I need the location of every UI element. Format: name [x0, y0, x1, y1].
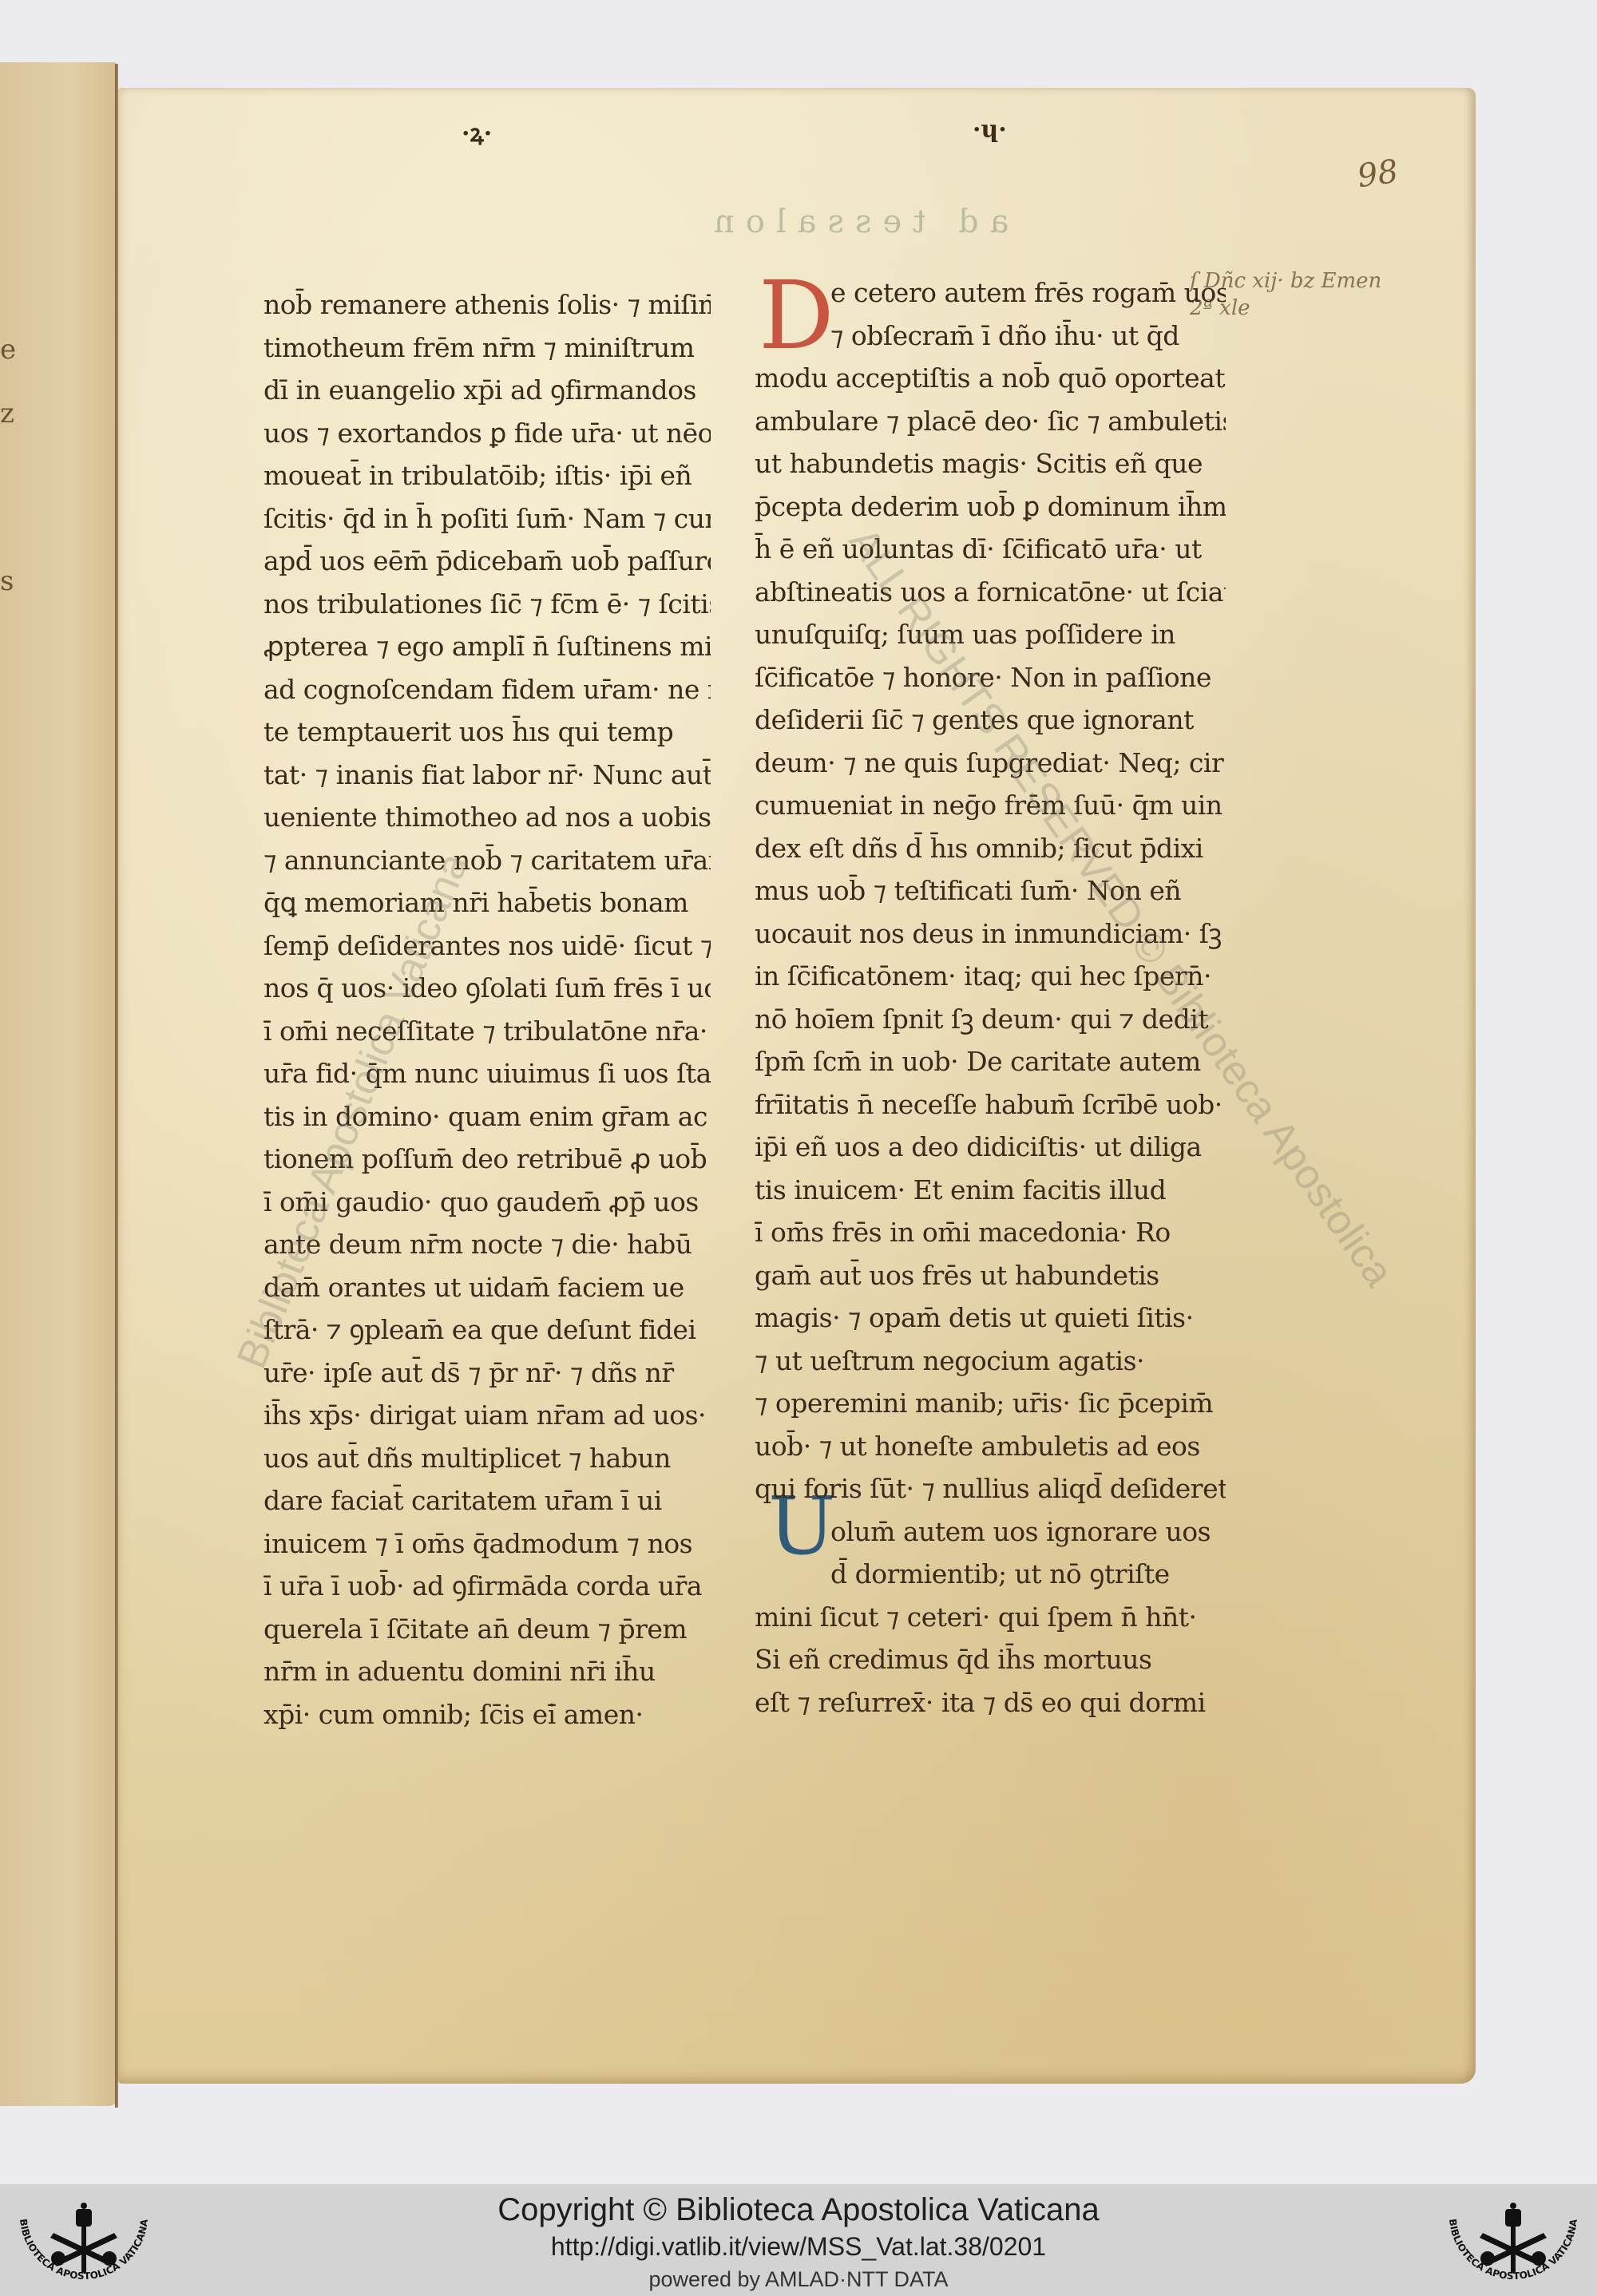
- manuscript-line: ⁊ annunciante nob̄ ⁊ caritatem ur̄am·: [264, 839, 711, 882]
- manuscript-line: inuicem ⁊ ī om̄s q̄admodum ⁊ nos: [264, 1522, 711, 1566]
- manuscript-line: ur̄e· ipſe aut̄ ds̄ ⁊ p̄r nr̄· ⁊ dñs nr̄: [264, 1352, 711, 1395]
- manuscript-line: ip̄i eñ uos a deo didiciſtis· ut diliga: [755, 1126, 1226, 1169]
- manuscript-line: d̄ dormientib; ut nō ꝯtriſte: [755, 1553, 1226, 1596]
- manuscript-line: dī in euangelio xp̄i ad ꝯfirmandos: [264, 369, 711, 412]
- manuscript-line: uos ⁊ exortandos ꝑ fide ur̄a· ut nēo: [264, 412, 711, 455]
- manuscript-line: Si eñ credimus q̄d ih̄s mortuus: [755, 1638, 1226, 1681]
- manuscript-line: q̄ꝗ memoriam nr̄i hab̄etis bonam: [264, 881, 711, 924]
- manuscript-line: h̄ ē eñ uoluntas dī· ſc̄ificatō ur̄a· ut: [755, 528, 1226, 571]
- manuscript-line: ut habundetis magis· Scitis eñ que: [755, 442, 1226, 485]
- manuscript-line: ad cognoſcendam fidem ur̄am· ne for: [264, 668, 711, 711]
- previous-page-text-fragment: s: [0, 565, 14, 597]
- manuscript-url[interactable]: http://digi.vatlib.it/view/MSS_Vat.lat.3…: [0, 2232, 1597, 2262]
- manuscript-line: dare faciat̄ caritatem ur̄am ī ui: [264, 1479, 711, 1522]
- manuscript-line: ambulare ⁊ placē deo· ſic ⁊ ambuletis: [755, 400, 1226, 443]
- manuscript-line: nos tribulationes ſic̄ ⁊ fc̄m ē· ⁊ ſciti…: [264, 583, 711, 626]
- manuscript-line: nō hoīem ſpnit ſꝫ deum· qui ⁊ dedit: [755, 998, 1226, 1041]
- manuscript-line: ſtrā· ⁊ ꝯpleam̄ ea que deſunt fidei: [264, 1308, 711, 1352]
- manuscript-line: tis inuicem· Et enim facitis illud: [755, 1169, 1226, 1212]
- manuscript-line: cumueniat in neḡo frēm ſuū· q̄m uin: [755, 784, 1226, 827]
- manuscript-line: querela ī ſc̄itate an̄ deum ⁊ p̄rem: [264, 1608, 711, 1651]
- powered-by-text: powered by AMLAD·NTT DATA: [0, 2267, 1597, 2292]
- manuscript-line: uob̄· ⁊ ut honeſte ambuletis ad eos: [755, 1425, 1226, 1468]
- manuscript-line: eſt ⁊ reſurrex̄· ita ⁊ ds̄ eo qui dormi: [755, 1681, 1226, 1724]
- manuscript-line: e cetero autem frēs rogam̄ uos: [755, 271, 1226, 315]
- text-column-left: nob̄ remanere athenis ſolis· ⁊ miſim̄tim…: [264, 283, 711, 1736]
- folio-number: 98: [1355, 153, 1401, 196]
- manuscript-line: ſemp̄ deſiderantes nos uidē· ſicut ⁊: [264, 924, 711, 968]
- manuscript-line: ī om̄s frēs in om̄i macedonia· Ro: [755, 1211, 1226, 1254]
- manuscript-line: ſpm̄ ſcm̄ in uob· De caritate autem: [755, 1040, 1226, 1083]
- manuscript-line: te temptauerit uos h̄ıs qui temp: [264, 711, 711, 754]
- running-head-showthrough: ad tessalon: [703, 204, 1009, 240]
- manuscript-line: xp̄i· cum omnib; ſc̄is ei̇̄ amen·: [264, 1693, 711, 1736]
- manuscript-line: qui foris ſūt· ⁊ nullius aliqd̄ deſidere…: [755, 1467, 1226, 1510]
- manuscript-line: moueat̄ in tribulatōib; iſtis· ip̄i eñ: [264, 454, 711, 497]
- manuscript-line: ꝓpterea ⁊ ego ampli̇̄ n̄ ſuſtinens miſi: [264, 625, 711, 668]
- manuscript-line: mini ſicut ⁊ ceteri· qui ſpem n̄ hn̄t·: [755, 1596, 1226, 1639]
- manuscript-line: ur̄a fid· q̄m nunc uiuimus ſi uos ſta: [264, 1052, 711, 1095]
- manuscript-line: mus uob̄ ⁊ teſtificati ſum̄· Non eñ: [755, 869, 1226, 912]
- manuscript-line: abſtineatis uos a fornicatōne· ut ſciat: [755, 571, 1226, 614]
- manuscript-viewer: e z s ·ꝝ· ·ɥ· ad tessalon 98 ſ Dñc xij· …: [0, 0, 1597, 2184]
- manuscript-line: gam̄ aut̄ uos frēs ut habundetis: [755, 1254, 1226, 1297]
- manuscript-line: ſcitis· q̄d in h̄ poſiti ſum̄· Nam ⁊ cum: [264, 497, 711, 540]
- copyright-footer: Copyright © Biblioteca Apostolica Vatica…: [0, 2184, 1597, 2296]
- manuscript-line: magis· ⁊ opam̄ detis ut quieti ſitis·: [755, 1296, 1226, 1340]
- quire-mark-left: ·ꝝ·: [462, 116, 492, 148]
- manuscript-line: uos aut̄ dñs multiplicet ⁊ habun: [264, 1437, 711, 1480]
- manuscript-line: nob̄ remanere athenis ſolis· ⁊ miſim̄: [264, 283, 711, 327]
- manuscript-line: ih̄s xp̄s· dirigat uiam nr̄am ad uos·: [264, 1394, 711, 1437]
- manuscript-line: nos q̄ uos· ideo ꝯſolati ſum̄ frēs ī uob…: [264, 967, 711, 1010]
- vatican-library-logo-icon: BIBLIOTECA APOSTOLICA VATICANA: [1433, 2191, 1593, 2291]
- copyright-text: Copyright © Biblioteca Apostolica Vatica…: [0, 2192, 1597, 2228]
- manuscript-line: unuſquiſq; ſuum uas poſſidere in: [755, 613, 1226, 656]
- previous-page-edge: e z s: [0, 62, 118, 2106]
- manuscript-line: p̄cepta dederim uob̄ ꝑ dominum ih̄m·: [755, 485, 1226, 528]
- vatican-library-logo-icon: BIBLIOTECA APOSTOLICA VATICANA: [4, 2191, 164, 2291]
- manuscript-line: olum̄ autem uos ignorare uos: [755, 1510, 1226, 1554]
- manuscript-line: dam̄ orantes ut uidam̄ faciem ue: [264, 1266, 711, 1309]
- manuscript-line: ⁊ ut ueſtrum negocium agatis·: [755, 1340, 1226, 1383]
- previous-page-text-fragment: e: [0, 334, 16, 366]
- manuscript-line: ⁊ operemini manib; ur̄is· ſic p̄cepim̄: [755, 1382, 1226, 1425]
- manuscript-line: dex eſt dñs d̄ h̄ıs omnib; ſicut p̄dixi: [755, 827, 1226, 870]
- manuscript-line: ueniente thimotheo ad nos a uobis·: [264, 796, 711, 839]
- manuscript-line: ī ur̄a ī uob̄· ad ꝯfirmāda corda ur̄a ſi…: [264, 1565, 711, 1608]
- manuscript-line: tat· ⁊ inanis fiat labor nr̄· Nunc aut̄: [264, 754, 711, 797]
- manuscript-line: frīitatis n̄ neceſſe habum̄ ſcrībē uob·: [755, 1083, 1226, 1126]
- manuscript-line: ī om̄i neceſſitate ⁊ tribulatōne nr̄a· p…: [264, 1010, 711, 1053]
- manuscript-line: timotheum frēm nr̄m ⁊ miniſtrum: [264, 327, 711, 370]
- previous-page-text-fragment: z: [0, 398, 14, 430]
- manuscript-line: apd̄ uos eēm̄ p̄dicebam̄ uob̄ paſſuros: [264, 540, 711, 583]
- manuscript-line: nr̄m in aduentu domini nr̄i ih̄u: [264, 1650, 711, 1693]
- quire-mark-right: ·ɥ·: [973, 116, 1007, 144]
- manuscript-line: modu acceptiſtis a nob̄ quō oporteat: [755, 357, 1226, 400]
- manuscript-line: ⁊ obſecram̄ ī dño ih̄u· ut q̄d: [755, 315, 1226, 358]
